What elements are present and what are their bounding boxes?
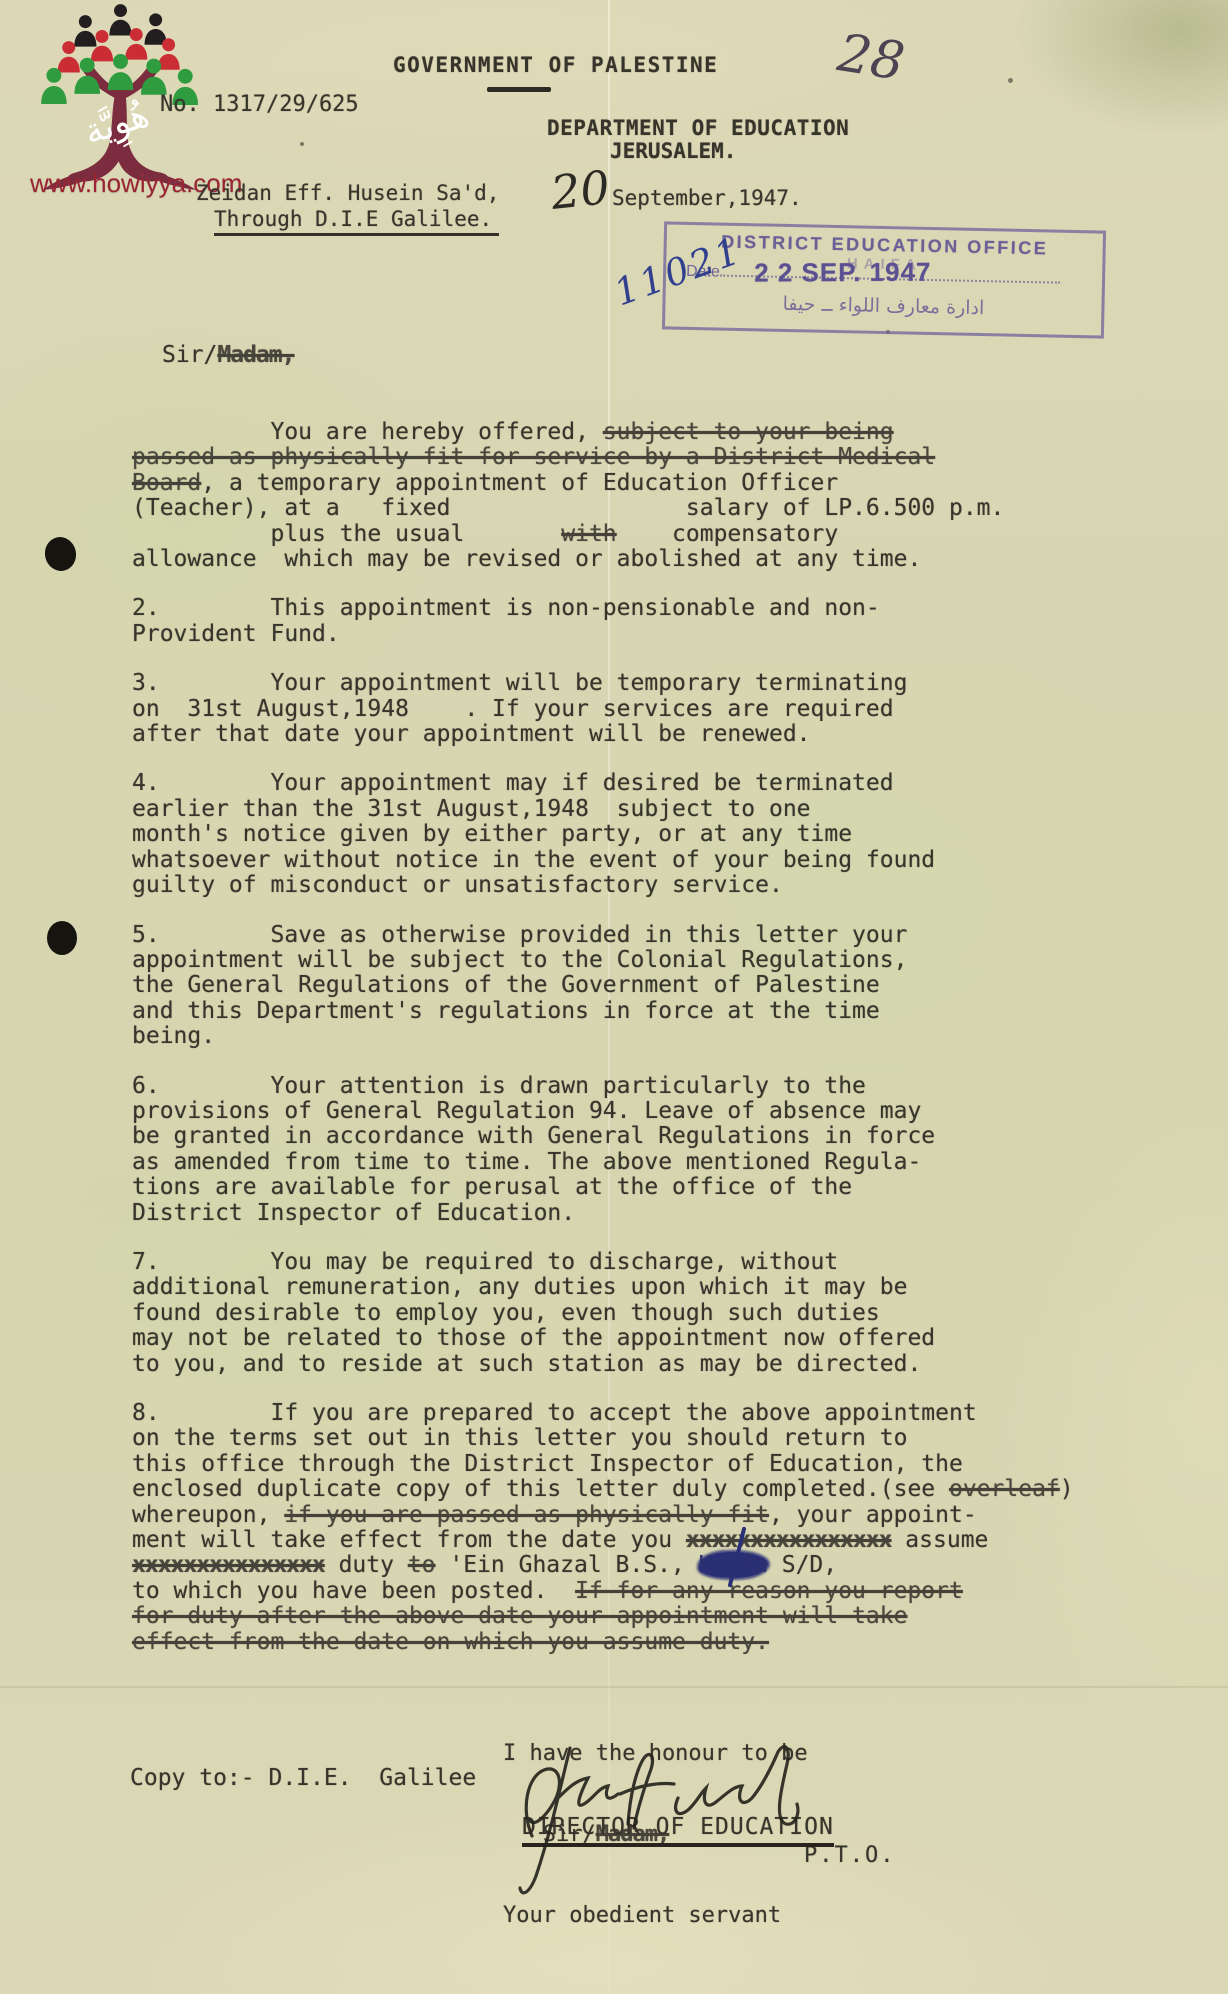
paragraph: 2. This appointment is non-pensionable a… <box>132 596 1074 647</box>
paragraph: 8. If you are prepared to accept the abo… <box>132 1401 1074 1655</box>
text-line: on the terms set out in this letter you … <box>132 1426 1074 1451</box>
punch-hole <box>47 921 77 955</box>
text-line: additional remuneration, any duties upon… <box>132 1275 1074 1300</box>
text-line: Provident Fund. <box>132 622 1074 647</box>
text-line: ment will take effect from the date you … <box>132 1528 1074 1553</box>
text-line: this office through the District Inspect… <box>132 1452 1074 1477</box>
department-line: DEPARTMENT OF EDUCATION <box>547 116 849 140</box>
salutation: Sir/Madam, <box>162 342 294 368</box>
government-title: GOVERNMENT OF PALESTINE <box>393 53 718 77</box>
text-line: 6. Your attention is drawn particularly … <box>132 1074 1074 1099</box>
paragraph: 7. You may be required to discharge, wit… <box>132 1250 1074 1377</box>
text-line: being. <box>132 1024 1074 1049</box>
text-line: You are hereby offered, subject to your … <box>132 420 1074 445</box>
text-line: on 31st August,1948 . If your services a… <box>132 697 1074 722</box>
people-canopy <box>41 4 198 105</box>
text-line: Board, a temporary appointment of Educat… <box>132 471 1074 496</box>
ink-speck <box>300 142 304 146</box>
typed-date: September,1947. <box>612 186 802 210</box>
text-line: guilty of misconduct or unsatisfactory s… <box>132 873 1074 898</box>
stamp-date-value: 2 2 SEP. 1947 <box>754 257 931 289</box>
paragraph: You are hereby offered, subject to your … <box>132 420 1074 572</box>
text-line: (Teacher), at a fixed salary of LP.6.500… <box>132 496 1074 521</box>
text-line: month's notice given by either party, or… <box>132 822 1074 847</box>
text-line: xxxxxxxxxxxxxxx duty to 'Ein Ghazal B.S.… <box>132 1553 1074 1578</box>
text-line: 7. You may be required to discharge, wit… <box>132 1250 1074 1275</box>
city-line: JERUSALEM. <box>610 139 736 163</box>
reference-number: No. 1317/29/625 <box>160 92 359 117</box>
handwritten-page-number: 28 <box>834 23 909 93</box>
title-underline <box>487 87 551 92</box>
text-line: District Inspector of Education. <box>132 1201 1074 1226</box>
text-line: may not be related to those of the appoi… <box>132 1326 1074 1351</box>
text-line: 4. Your appointment may if desired be te… <box>132 771 1074 796</box>
signature <box>510 1736 810 1906</box>
paragraph: 6. Your attention is drawn particularly … <box>132 1074 1074 1226</box>
addressee-block: Zeidan Eff. Husein Sa'd, Through D.I.E G… <box>196 180 499 236</box>
document-page: هُوِيَّة www.howiyya.com 28 GOVERNMENT O… <box>0 0 1228 1994</box>
text-line: 8. If you are prepared to accept the abo… <box>132 1401 1074 1426</box>
ink-speck <box>1008 78 1013 83</box>
addressee-name: Zeidan Eff. Husein Sa'd, <box>196 180 499 206</box>
text-line: whatsoever without notice in the event o… <box>132 848 1074 873</box>
text-line: be granted in accordance with General Re… <box>132 1124 1074 1149</box>
text-line: 3. Your appointment will be temporary te… <box>132 671 1074 696</box>
paragraph: 3. Your appointment will be temporary te… <box>132 671 1074 747</box>
text-line: to you, and to reside at such station as… <box>132 1352 1074 1377</box>
text-line: the General Regulations of the Governmen… <box>132 973 1074 998</box>
text-line: 5. Save as otherwise provided in this le… <box>132 923 1074 948</box>
paragraph: 4. Your appointment may if desired be te… <box>132 771 1074 898</box>
text-line: appointment will be subject to the Colon… <box>132 948 1074 973</box>
text-line: passed as physically fit for service by … <box>132 445 1074 470</box>
text-line: plus the usual with compensatory <box>132 522 1074 547</box>
text-line: for duty after the above date your appoi… <box>132 1604 1074 1629</box>
text-line: allowance which may be revised or abolis… <box>132 547 1074 572</box>
punch-hole <box>42 534 79 574</box>
text-line: to which you have been posted. If for an… <box>132 1579 1074 1604</box>
text-line: 2. This appointment is non-pensionable a… <box>132 596 1074 621</box>
handwritten-date-day: 20 <box>548 160 612 220</box>
text-line: after that date your appointment will be… <box>132 722 1074 747</box>
text-line: earlier than the 31st August,1948 subjec… <box>132 797 1074 822</box>
paragraph: 5. Save as otherwise provided in this le… <box>132 923 1074 1050</box>
text-line: whereupon, if you are passed as physical… <box>132 1503 1074 1528</box>
text-line: as amended from time to time. The above … <box>132 1150 1074 1175</box>
text-line: and this Department's regulations in for… <box>132 999 1074 1024</box>
text-line: enclosed duplicate copy of this letter d… <box>132 1477 1074 1502</box>
text-line: effect from the date on which you assume… <box>132 1630 1074 1655</box>
stamp-arabic-line: ادارة معارف اللواء ــ حيفا <box>665 290 1101 321</box>
text-line: tions are available for perusal at the o… <box>132 1175 1074 1200</box>
addressee-through-line: Through D.I.E Galilee. <box>214 206 499 236</box>
text-line: provisions of General Regulation 94. Lea… <box>132 1099 1074 1124</box>
closing-servant-line: Your obedient servant <box>503 1902 808 1929</box>
copy-to-line: Copy to:- D.I.E. Galilee <box>130 1765 476 1791</box>
letter-body: You are hereby offered, subject to your … <box>132 420 1074 1679</box>
text-line: found desirable to employ you, even thou… <box>132 1301 1074 1326</box>
